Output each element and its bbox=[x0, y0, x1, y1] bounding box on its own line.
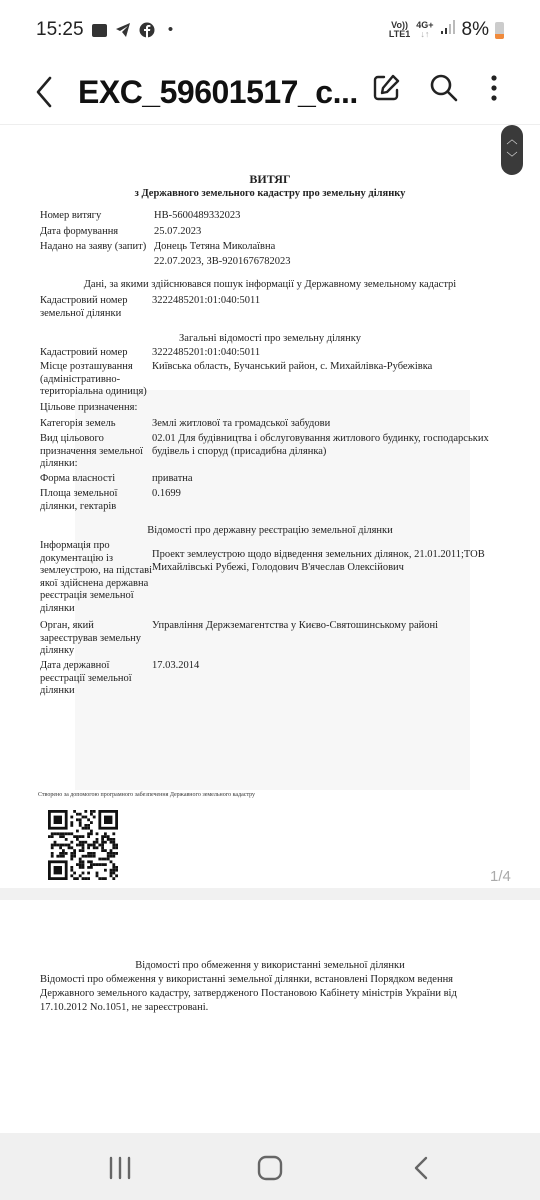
field-label: Кадастровий номер земельної ділянки bbox=[40, 295, 152, 320]
search-icon bbox=[428, 72, 460, 104]
field-row: Кадастровий номер земельної ділянки32224… bbox=[40, 295, 500, 320]
field-label: Надано на заяву (запит) bbox=[40, 241, 154, 254]
document-title: EXC_59601517_c... bbox=[78, 68, 358, 116]
back-icon bbox=[402, 1153, 442, 1183]
qr-code-icon bbox=[48, 810, 118, 880]
field-row: 22.07.2023, ЗВ-9201676782023 bbox=[40, 256, 500, 269]
volte-icon: Vo)) LTE1 bbox=[389, 21, 410, 39]
restrictions-title: Відомості про обмеження у використанні з… bbox=[40, 960, 500, 971]
field-value: приватна bbox=[152, 473, 500, 486]
field-label: Кадастровий номер bbox=[40, 347, 152, 360]
field-row: Форма власностіприватна bbox=[40, 473, 500, 486]
gallery-icon bbox=[92, 24, 107, 37]
scroll-down-icon: ﹀ bbox=[501, 153, 523, 164]
back-button[interactable] bbox=[30, 70, 60, 114]
field-row: Місце розташування (адміністративно-тери… bbox=[40, 361, 500, 399]
field-row: Дата державної реєстрації земельної діля… bbox=[40, 660, 500, 698]
facebook-icon bbox=[139, 22, 155, 38]
field-row: Вид цільового призначення земельної діля… bbox=[40, 433, 500, 471]
scroll-handle[interactable]: ︿ ﹀ bbox=[501, 125, 523, 175]
field-label bbox=[40, 256, 154, 269]
field-value: Донець Тетяна Миколаївна bbox=[154, 241, 500, 254]
document-page-2 bbox=[0, 900, 540, 1132]
field-value: 0.1699 bbox=[152, 488, 500, 513]
field-label: Номер витягу bbox=[40, 210, 154, 223]
field-label: Цільове призначення: bbox=[40, 402, 152, 415]
navigation-bar bbox=[0, 1133, 540, 1200]
field-label: Дата державної реєстрації земельної діля… bbox=[40, 660, 152, 698]
field-value: 17.03.2014 bbox=[152, 660, 500, 698]
field-value: 22.07.2023, ЗВ-9201676782023 bbox=[154, 256, 500, 269]
field-value: 02.01 Для будівництва і обслуговування ж… bbox=[152, 433, 500, 471]
more-vertical-icon bbox=[482, 70, 506, 106]
field-value bbox=[152, 402, 500, 415]
search-button[interactable] bbox=[428, 72, 460, 104]
recent-apps-button[interactable] bbox=[100, 1153, 140, 1183]
field-row: Площа земельної ділянки, гектарів0.1699 bbox=[40, 488, 500, 513]
field-label: Інформація про документацію із землеустр… bbox=[40, 540, 152, 615]
field-row: Кадастровий номер3222485201:01:040:5011 bbox=[40, 347, 500, 360]
system-back-button[interactable] bbox=[402, 1153, 442, 1183]
field-value: 3222485201:01:040:5011 bbox=[152, 295, 500, 320]
restrictions-text: Відомості про обмеження у використанні з… bbox=[40, 973, 500, 1015]
recent-apps-icon bbox=[100, 1153, 140, 1183]
edit-icon bbox=[370, 72, 402, 104]
field-row: Інформація про документацію із землеустр… bbox=[40, 540, 500, 615]
search-section-title: Дані, за якими здійснювався пошук інформ… bbox=[40, 279, 500, 290]
status-bar: 15:25 • Vo)) LTE1 4G+ ↓↑ 8% bbox=[0, 0, 540, 60]
field-row: Орган, який зареєстрував земельну ділянк… bbox=[40, 620, 500, 658]
field-label: Площа земельної ділянки, гектарів bbox=[40, 488, 152, 513]
battery-percent: 8% bbox=[462, 19, 489, 41]
field-row: Номер витягуНВ-5600489332023 bbox=[40, 210, 500, 223]
page-indicator: 1/4 bbox=[490, 868, 511, 885]
extract-subtitle: з Державного земельного кадастру про зем… bbox=[0, 188, 540, 199]
field-label: Форма власності bbox=[40, 473, 152, 486]
field-row: Цільове призначення: bbox=[40, 402, 500, 415]
telegram-icon bbox=[115, 22, 131, 38]
field-value: НВ-5600489332023 bbox=[154, 210, 500, 223]
field-value: 3222485201:01:040:5011 bbox=[152, 347, 500, 360]
more-options-button[interactable] bbox=[482, 70, 506, 106]
extract-title: ВИТЯГ bbox=[0, 172, 540, 187]
home-icon bbox=[250, 1153, 290, 1183]
app-bar: EXC_59601517_c... bbox=[0, 60, 540, 124]
field-row: Надано на заяву (запит)Донець Тетяна Мик… bbox=[40, 241, 500, 254]
chevron-left-icon bbox=[30, 70, 60, 114]
field-row: Дата формування25.07.2023 bbox=[40, 226, 500, 239]
field-value: Київська область, Бучанський район, с. М… bbox=[152, 361, 500, 399]
edit-button[interactable] bbox=[370, 72, 402, 104]
field-label: Орган, який зареєстрував земельну ділянк… bbox=[40, 620, 152, 658]
dot-icon: • bbox=[163, 22, 179, 38]
battery-icon bbox=[495, 22, 504, 39]
field-value: Проект землеустрою щодо відведення земел… bbox=[152, 540, 500, 615]
home-button[interactable] bbox=[250, 1153, 290, 1183]
network-type-icon: 4G+ ↓↑ bbox=[416, 21, 433, 39]
field-label: Категорія земель bbox=[40, 418, 152, 431]
scroll-up-icon: ︿ bbox=[501, 135, 523, 146]
page-separator bbox=[0, 888, 540, 900]
field-label: Місце розташування (адміністративно-тери… bbox=[40, 361, 152, 399]
field-value: Управління Держземагентства у Києво-Свят… bbox=[152, 620, 500, 658]
field-row: Категорія земельЗемлі житлової та громад… bbox=[40, 418, 500, 431]
registration-section-title: Відомості про державну реєстрацію земель… bbox=[40, 525, 500, 536]
clock: 15:25 bbox=[36, 19, 84, 41]
field-label: Дата формування bbox=[40, 226, 154, 239]
field-value: 25.07.2023 bbox=[154, 226, 500, 239]
field-value: Землі житлової та громадської забудови bbox=[152, 418, 500, 431]
signal-icon bbox=[440, 19, 456, 41]
footer-note: Створено за допомогою програмного забезп… bbox=[38, 792, 255, 798]
field-label: Вид цільового призначення земельної діля… bbox=[40, 433, 152, 471]
general-section-title: Загальні відомості про земельну ділянку bbox=[40, 333, 500, 344]
